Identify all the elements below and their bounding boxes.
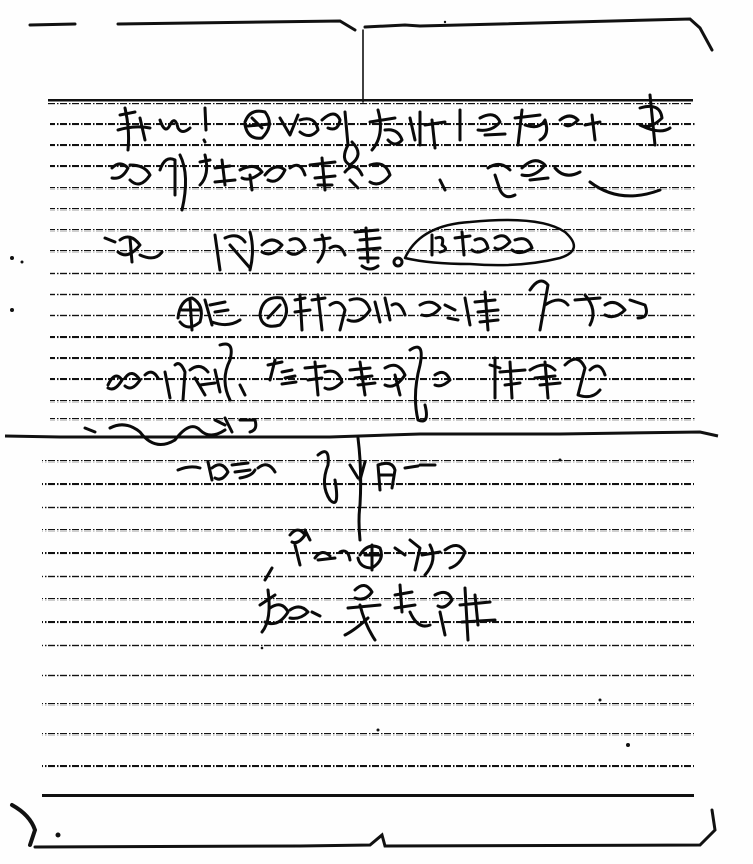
scan-noise: [10, 21, 630, 747]
scanned-handwritten-page: Several lines of cursive Chinese handwri…: [0, 0, 753, 864]
circled-note: [405, 220, 574, 265]
handwriting-line-4: [178, 281, 646, 330]
page-artwork: [0, 0, 753, 864]
header-rule: [48, 99, 693, 105]
page-top-edge: [30, 19, 712, 102]
handwriting-line-2: [112, 155, 660, 210]
handwriting-line-3: [105, 220, 574, 270]
handwriting-line-1: [118, 95, 670, 165]
handwriting-fold-mark: [85, 418, 256, 445]
signature-block-line-2: [260, 585, 495, 640]
handwriting: [85, 95, 670, 640]
handwriting-line-6: [178, 452, 435, 503]
signature-block-line-1: [265, 530, 465, 580]
page-bottom-edge: [12, 805, 715, 847]
handwriting-line-5: [108, 344, 605, 421]
handwriting-vertical-stroke: [358, 438, 361, 540]
